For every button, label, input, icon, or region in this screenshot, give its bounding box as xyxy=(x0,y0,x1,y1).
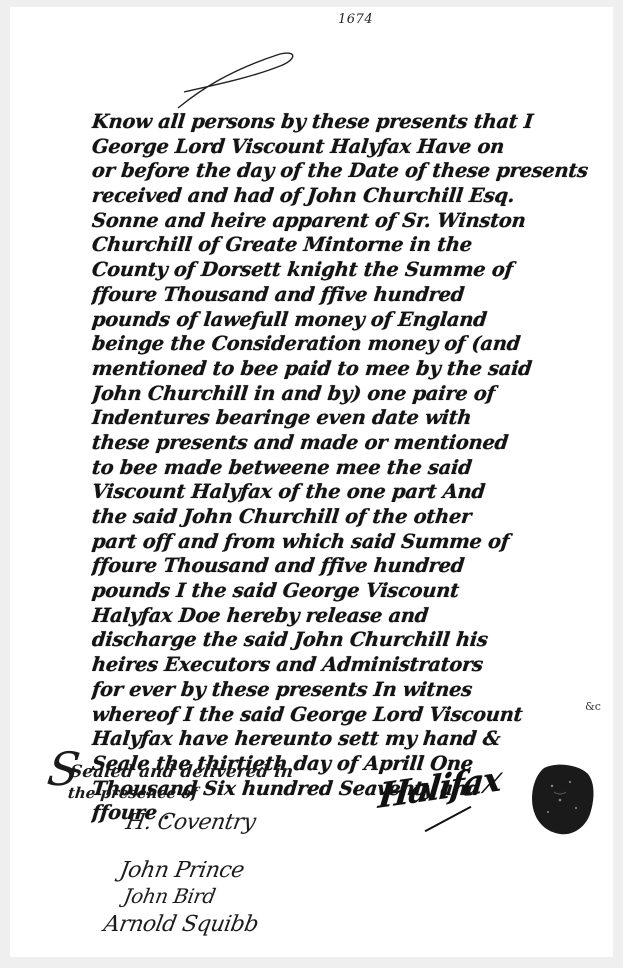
folio-number: 1674 xyxy=(338,12,373,27)
deed-line: Viscount Halyfax of the one part And xyxy=(91,480,604,505)
deed-line: to bee made betweene mee the said xyxy=(91,456,604,481)
deed-line: County of Dorsett knight the Summe of xyxy=(91,258,604,283)
deed-line: discharge the said John Churchill his xyxy=(91,628,604,653)
witness-signature: H. Coventry xyxy=(124,810,258,835)
deed-line: John Churchill in and by) one paire of xyxy=(91,382,604,407)
deed-line: ffoure Thousand and ffive hundred xyxy=(91,554,604,579)
deed-line: these presents and made or mentioned xyxy=(91,431,604,456)
deed-line: Know all persons by these presents that … xyxy=(91,110,604,135)
attestation-line-1: Sealed and delivered in xyxy=(69,762,294,782)
deed-line: the said John Churchill of the other xyxy=(91,505,604,530)
attestation-line-2: the presence of xyxy=(67,784,199,802)
deed-line: George Lord Viscount Halyfax Have on xyxy=(91,135,604,160)
deed-line: ffoure Thousand and ffive hundred xyxy=(91,283,604,308)
deed-body: Know all persons by these presents that … xyxy=(92,110,602,826)
witness-signature: John Bird xyxy=(122,884,217,908)
deed-line: Halyfax Doe hereby release and xyxy=(91,604,604,629)
deed-line: or before the day of the Date of these p… xyxy=(91,159,604,184)
deed-line: Halyfax have hereunto sett my hand & xyxy=(91,727,604,752)
deed-line: Sonne and heire apparent of Sr. Winston xyxy=(91,209,604,234)
witness-signature: Arnold Squibb xyxy=(102,912,260,937)
deed-line: Indentures bearinge even date with xyxy=(91,406,604,431)
deed-line: mentioned to bee paid to mee by the said xyxy=(91,357,604,382)
line-end-mark: &c xyxy=(585,700,601,713)
witness-signature: John Prince xyxy=(118,858,246,883)
deed-line: whereof I the said George Lord Viscount xyxy=(91,703,604,728)
wax-seal-icon xyxy=(530,762,596,836)
deed-line: pounds of lawefull money of England xyxy=(91,308,604,333)
deed-line: Churchill of Greate Mintorne in the xyxy=(91,233,604,258)
deed-line: for ever by these presents In witnes xyxy=(91,678,604,703)
pen-flourish-icon xyxy=(170,50,300,110)
deed-line: beinge the Consideration money of (and xyxy=(91,332,604,357)
deed-line: pounds I the said George Viscount xyxy=(91,579,604,604)
deed-line: heires Executors and Administrators xyxy=(91,653,604,678)
deed-line: received and had of John Churchill Esq. xyxy=(91,184,604,209)
deed-line: part off and from which said Summe of xyxy=(91,530,604,555)
